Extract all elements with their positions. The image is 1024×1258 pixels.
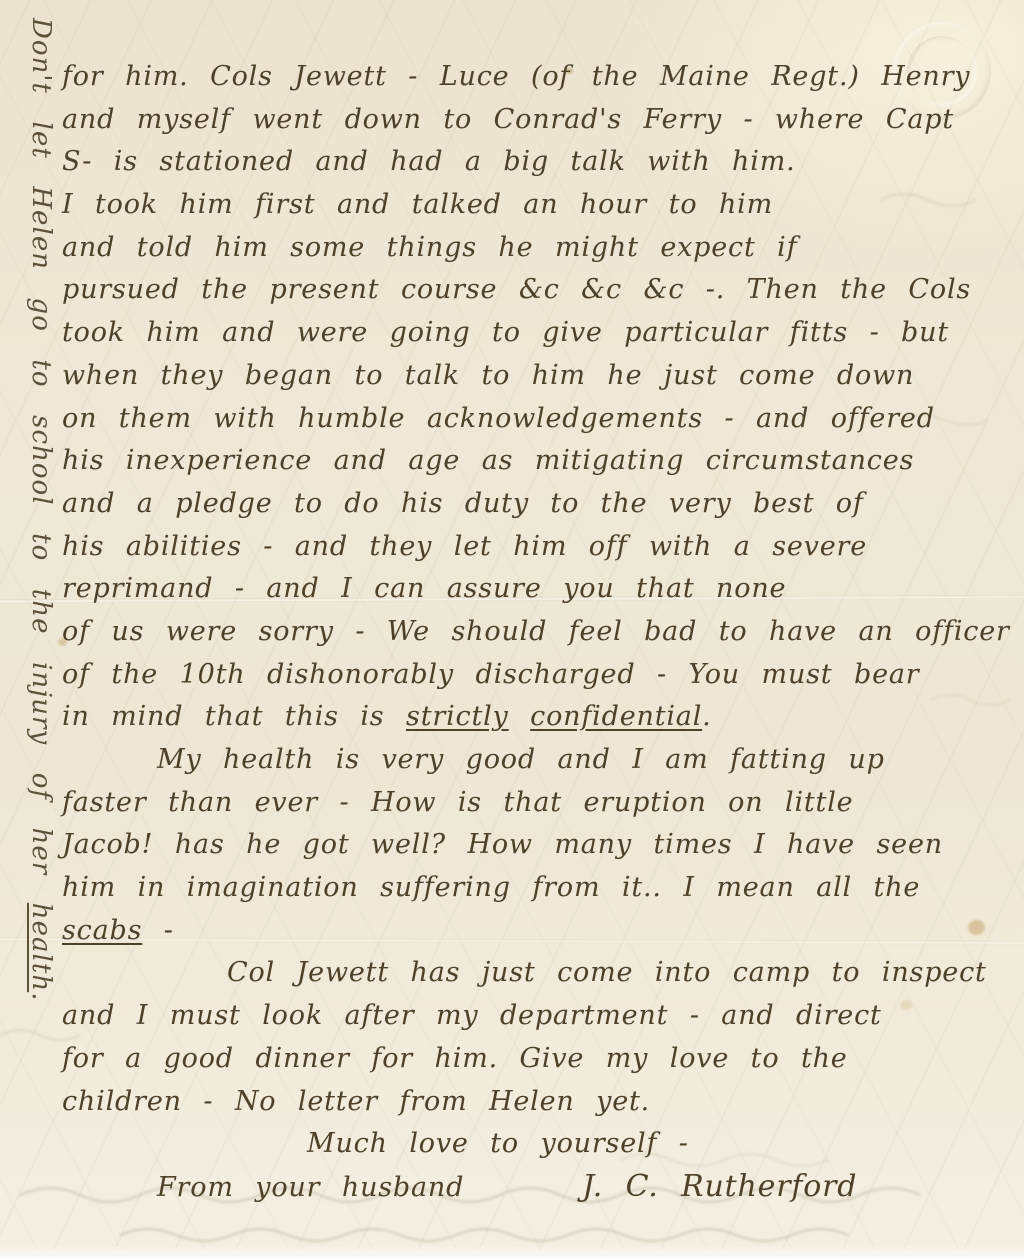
letter-line: pursued the present course &c &c &c -. T…	[62, 269, 1000, 312]
margin-note: Don't let Helen go to school to the inju…	[26, 18, 56, 1002]
letter-line: children - No letter from Helen yet.	[62, 1081, 1000, 1124]
letter-line-scabs: scabs -	[62, 910, 1000, 953]
letter-line-confidential: in mind that this is strictly confidenti…	[62, 696, 1000, 739]
letter-line: when they began to talk to him he just c…	[62, 355, 1000, 398]
letter-page: Don't let Helen go to school to the inju…	[0, 0, 1024, 1258]
letter-line: reprimand - and I can assure you that no…	[62, 568, 1000, 611]
letter-line: for him. Cols Jewett - Luce (of the Main…	[62, 56, 1000, 99]
letter-line: of the 10th dishonorably discharged - Yo…	[62, 654, 1000, 697]
letter-line: for a good dinner for him. Give my love …	[62, 1038, 1000, 1081]
letter-line: on them with humble acknowledgements - a…	[62, 398, 1000, 441]
letter-line: I took him first and talked an hour to h…	[62, 184, 1000, 227]
signature: J. C. Rutherford	[582, 1169, 857, 1204]
letter-line: My health is very good and I am fatting …	[62, 739, 1000, 782]
confidential-suffix: .	[702, 701, 711, 732]
letter-line: took him and were going to give particul…	[62, 312, 1000, 355]
letter-line: his inexperience and age as mitigating c…	[62, 440, 1000, 483]
letter-line: him in imagination suffering from it.. I…	[62, 867, 1000, 910]
margin-note-text: Don't let Helen go to school to the inju…	[26, 18, 56, 903]
letter-line: Col Jewett has just come into camp to in…	[62, 952, 1000, 995]
letter-line: Jacob! has he got well? How many times I…	[62, 824, 1000, 867]
confidential-separator	[509, 701, 531, 732]
letter-body: for him. Cols Jewett - Luce (of the Main…	[62, 56, 1000, 1209]
letter-line: his abilities - and they let him off wit…	[62, 526, 1000, 569]
letter-line: faster than ever - How is that eruption …	[62, 782, 1000, 825]
valediction-line: Much love to yourself -	[62, 1123, 1000, 1166]
scan-edge	[0, 1247, 1024, 1258]
confidential-prefix: in mind that this is	[62, 701, 406, 732]
closing-line: From your husbandJ. C. Rutherford	[62, 1166, 1000, 1209]
margin-note-underlined-word: health	[26, 903, 56, 992]
underlined-confidential: confidential	[530, 701, 702, 732]
letter-line: and myself went down to Conrad's Ferry -…	[62, 99, 1000, 142]
letter-line: and I must look after my department - an…	[62, 995, 1000, 1038]
closing-from: From your husband	[157, 1172, 464, 1203]
letter-line: and a pledge to do his duty to the very …	[62, 483, 1000, 526]
underlined-strictly: strictly	[406, 701, 509, 732]
letter-line: of us were sorry - We should feel bad to…	[62, 611, 1000, 654]
scabs-dash: -	[142, 915, 173, 946]
underlined-scabs: scabs	[62, 915, 142, 946]
margin-note-period: .	[26, 992, 56, 1001]
letter-line: S- is stationed and had a big talk with …	[62, 141, 1000, 184]
letter-line: and told him some things he might expect…	[62, 227, 1000, 270]
